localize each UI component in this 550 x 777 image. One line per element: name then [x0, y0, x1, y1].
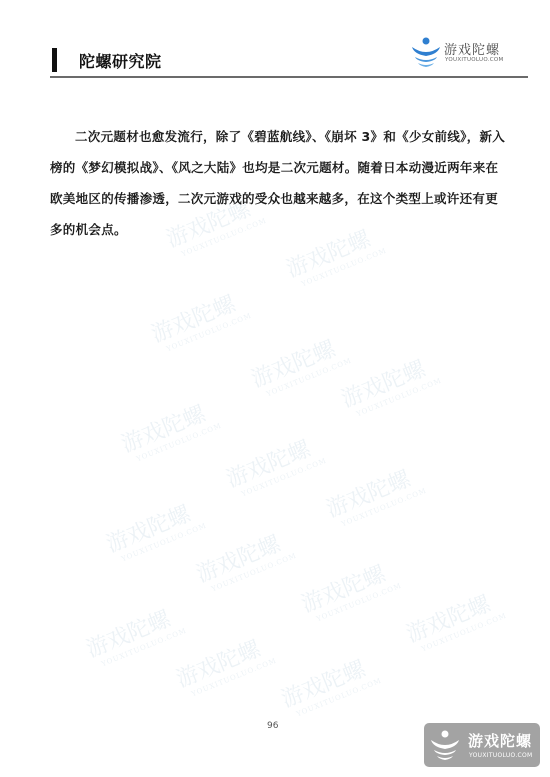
- header-accent-bar: [52, 48, 57, 72]
- page-title: 陀螺研究院: [79, 49, 162, 72]
- watermark: 游戏陀螺YOUXITUOLUO.COM: [116, 393, 223, 466]
- body-paragraph: 二次元题材也愈发流行，除了《碧蓝航线》、《崩坏 3》和《少女前线》，新入榜的《梦…: [50, 121, 510, 245]
- spinning-top-logo-icon: [410, 35, 442, 71]
- watermark: 游戏陀螺YOUXITUOLUO.COM: [221, 428, 328, 501]
- brand-logo: 游戏陀螺 YOUXITUOLUO.COM: [410, 33, 520, 73]
- header-divider: [50, 76, 528, 78]
- watermark: 游戏陀螺YOUXITUOLUO.COM: [81, 598, 188, 671]
- watermark: 游戏陀螺YOUXITUOLUO.COM: [401, 583, 508, 656]
- watermark: 游戏陀螺YOUXITUOLUO.COM: [101, 493, 208, 566]
- logo-wordmark: 游戏陀螺: [444, 39, 500, 58]
- watermark: 游戏陀螺YOUXITUOLUO.COM: [191, 523, 298, 596]
- corner-logo-wordmark: 游戏陀螺: [468, 730, 532, 751]
- watermark: 游戏陀螺YOUXITUOLUO.COM: [246, 328, 353, 401]
- watermark: 游戏陀螺YOUXITUOLUO.COM: [296, 553, 403, 626]
- watermark: 游戏陀螺YOUXITUOLUO.COM: [146, 283, 253, 356]
- page-number: 96: [267, 721, 278, 731]
- corner-logo-domain: YOUXITUOLUO.COM: [469, 752, 533, 759]
- corner-brand-badge: 游戏陀螺 YOUXITUOLUO.COM: [424, 723, 540, 767]
- watermark: 游戏陀螺YOUXITUOLUO.COM: [276, 648, 383, 721]
- watermark: 游戏陀螺YOUXITUOLUO.COM: [336, 348, 443, 421]
- logo-domain: YOUXITUOLUO.COM: [445, 57, 504, 63]
- watermark: 游戏陀螺YOUXITUOLUO.COM: [321, 458, 428, 531]
- spinning-top-logo-icon: [430, 727, 460, 763]
- watermark: 游戏陀螺YOUXITUOLUO.COM: [171, 628, 278, 701]
